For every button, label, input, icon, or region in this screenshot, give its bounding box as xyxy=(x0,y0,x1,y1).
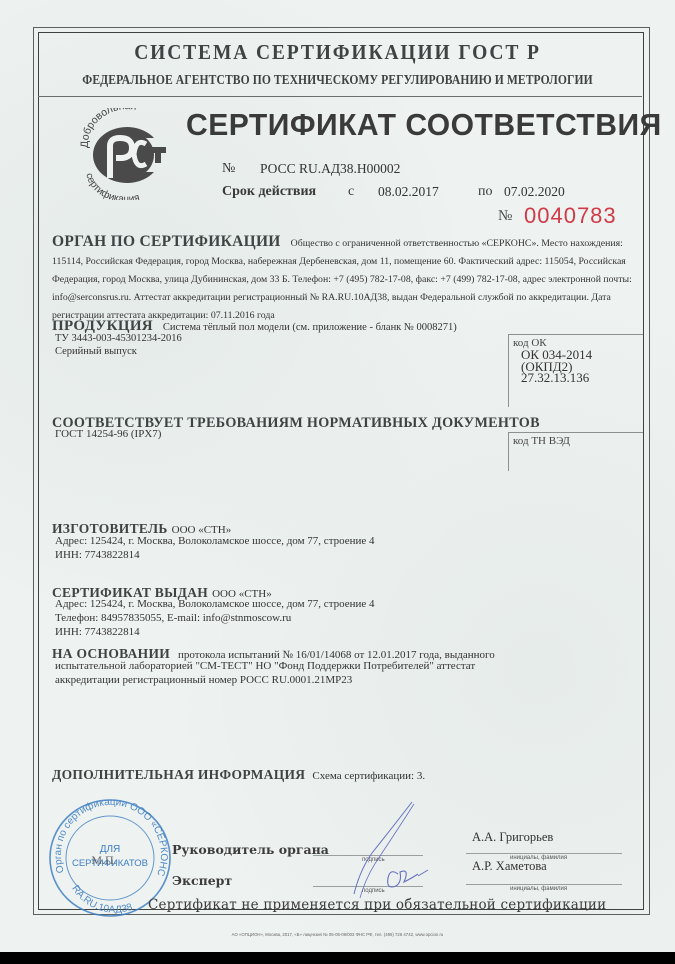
number-sign: № xyxy=(222,161,235,177)
issued-to-contacts: Телефон: 84957835055, E-mail: info@stnmo… xyxy=(55,613,291,624)
certificate-page: СИСТЕМА СЕРТИФИКАЦИИ ГОСТ Р ФЕДЕРАЛЬНОЕ … xyxy=(0,0,675,952)
printer-imprint: АО «ОПЦИОН», Москва, 2017, «Б» лицензия … xyxy=(0,932,675,937)
tn-ved-code-label: код ТН ВЭД xyxy=(513,435,570,447)
manufacturer-heading: ИЗГОТОВИТЕЛЬ xyxy=(52,521,168,536)
issued-to-inn: ИНН: 7743822814 xyxy=(55,627,140,638)
system-title: СИСТЕМА СЕРТИФИКАЦИИ ГОСТ Р xyxy=(24,40,652,65)
registration-number: РОСС RU.АД38.Н00002 xyxy=(260,161,400,177)
conformity-standard: ГОСТ 14254-96 (IPX7) xyxy=(55,429,161,440)
product-spec: ТУ 3443-003-45301234-2016 xyxy=(55,333,182,344)
issued-to-address: Адрес: 125424, г. Москва, Волоколамское … xyxy=(55,599,375,610)
tn-ved-code-box: код ТН ВЭД xyxy=(508,432,643,471)
ok-code-line3: 27.32.13.136 xyxy=(521,372,589,384)
expert-name-caption: инициалы, фамилия xyxy=(510,886,567,892)
additional-info-heading: ДОПОЛНИТЕЛЬНАЯ ИНФОРМАЦИЯ xyxy=(52,767,305,782)
basis-heading: НА ОСНОВАНИИ xyxy=(52,646,170,661)
seal-label: М.П. xyxy=(91,853,116,867)
valid-from-date: 08.02.2017 xyxy=(378,184,439,200)
certification-body-text: Общество с ограниченной ответственностью… xyxy=(52,238,632,321)
basis-line3: аккредитации регистрационный номер РОСС … xyxy=(55,675,352,686)
additional-info-section: ДОПОЛНИТЕЛЬНАЯ ИНФОРМАЦИЯ Схема сертифик… xyxy=(52,766,425,784)
production-type: Серийный выпуск xyxy=(55,346,137,357)
certification-body-heading: ОРГАН ПО СЕРТИФИКАЦИИ xyxy=(52,233,281,250)
product-description: Система тёплый пол модели (см. приложени… xyxy=(163,322,457,333)
head-role-label: Руководитель органа xyxy=(172,842,329,857)
serial-number-sign: № xyxy=(498,208,512,225)
head-name: А.А. Григорьев xyxy=(472,832,553,843)
additional-info-text: Схема сертификации: 3. xyxy=(312,770,425,782)
rst-logo-icon: Добровольная сертификация xyxy=(76,108,176,200)
expert-name-line xyxy=(466,884,622,885)
manufacturer-inn: ИНН: 7743822814 xyxy=(55,550,140,561)
valid-to-date: 07.02.2020 xyxy=(504,184,565,200)
footer-notice: Сертификат не применяется при обязательн… xyxy=(148,897,606,913)
validity-to-label: по xyxy=(478,184,493,200)
agency-title: ФЕДЕРАЛЬНОЕ АГЕНТСТВО ПО ТЕХНИЧЕСКОМУ РЕ… xyxy=(41,72,635,88)
expert-role-label: Эксперт xyxy=(172,873,232,888)
handwritten-signature-icon xyxy=(352,798,462,908)
validity-label: Срок действия xyxy=(222,184,316,200)
ok-code-box: код ОК ОК 034-2014 (ОКПД2) 27.32.13.136 xyxy=(508,334,643,407)
basis-line2: испытательной лабораторией "СМ-ТЕСТ" НО … xyxy=(55,661,475,672)
manufacturer-address: Адрес: 125424, г. Москва, Волоколамское … xyxy=(55,536,375,547)
certificate-title: СЕРТИФИКАТ СООТВЕТСТВИЯ xyxy=(186,107,662,143)
expert-name: А.Р. Хаметова xyxy=(472,861,547,872)
product-heading: ПРОДУКЦИЯ xyxy=(52,318,153,334)
validity-from-label: с xyxy=(348,184,354,200)
certification-body-section: ОРГАН ПО СЕРТИФИКАЦИИ Общество с огранич… xyxy=(52,233,637,323)
head-name-line xyxy=(466,853,622,854)
serial-number: 0040783 xyxy=(524,203,617,229)
